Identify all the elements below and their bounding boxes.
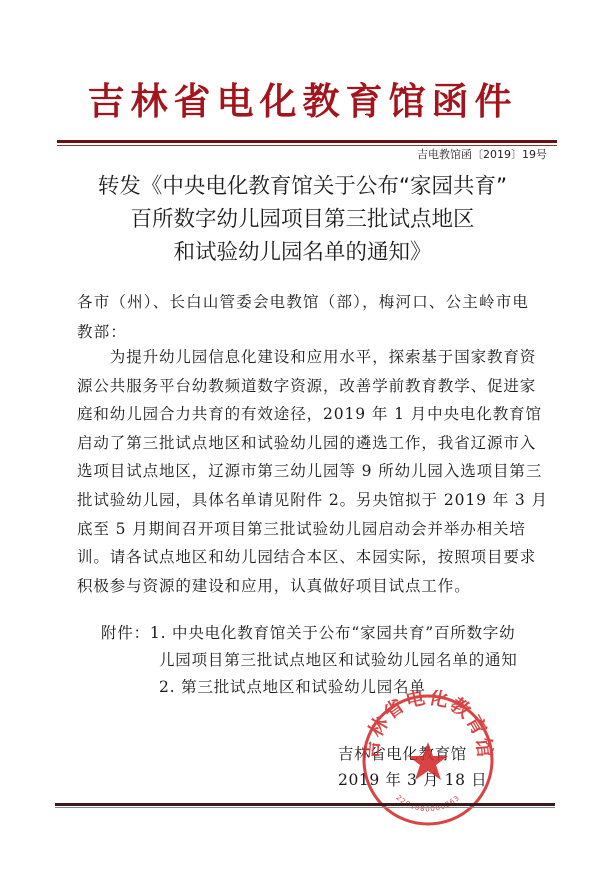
body-line: 为提升幼儿园信息化建设和应用水平，探索基于国家教育资 — [77, 343, 543, 372]
masthead-title: 吉林省电化教育馆函件 — [0, 80, 605, 124]
title-line: 和试验幼儿园名单的通知》 — [0, 236, 605, 269]
title-line: 百所数字幼儿园项目第三批试点地区 — [0, 203, 605, 236]
body-line: 启动了第三批试点地区和试验幼儿园的遴选工作，我省辽源市入 — [77, 429, 543, 458]
title-line: 转发《中央电化教育馆关于公布“家园共育” — [0, 170, 605, 203]
body-line: 源公共服务平台幼教频道数字资源，改善学前教育教学、促进家 — [77, 372, 543, 401]
body-line: 底至 5 月期间召开项目第三批试验幼儿园启动会并举办相关培 — [77, 515, 543, 544]
body-line: 庭和幼儿园合力共育的有效途径，2019 年 1 月中央电化教育馆 — [77, 400, 543, 429]
attachment-item-1-continued: 儿园项目第三批试点地区和试验幼儿园名单的通知 — [101, 647, 518, 674]
attachments-list: 附件：1. 中央电化教育馆关于公布“家园共育”百所数字幼 儿园项目第三批试点地区… — [101, 620, 518, 701]
attachments-label: 附件： — [101, 624, 150, 642]
salutation-line: 各市（州）、长白山管委会电教馆（部），梅河口、公主岭市电 — [77, 287, 547, 317]
attachment-item-1: 附件：1. 中央电化教育馆关于公布“家园共育”百所数字幼 — [101, 620, 518, 647]
salutation: 各市（州）、长白山管委会电教馆（部），梅河口、公主岭市电 教部： — [77, 287, 547, 347]
document-number: 吉电教馆函〔2019〕19号 — [417, 146, 547, 162]
body-line: 批试验幼儿园，具体名单请见附件 2。另央馆拟于 2019 年 3 月 — [77, 486, 543, 515]
body-line: 选项目试点地区，辽源市第三幼儿园等 9 所幼儿园入选项目第三 — [77, 457, 543, 486]
footer-rule — [55, 803, 555, 808]
body-line: 训。请各试点地区和幼儿园结合本区、本园实际，按照项目要求 — [77, 543, 543, 572]
body-line: 积极参与资源的建设和应用，认真做好项目试点工作。 — [77, 572, 543, 601]
document-page: 吉林省电化教育馆函件 吉电教馆函〔2019〕19号 转发《中央电化教育馆关于公布… — [0, 0, 605, 883]
body-paragraph: 为提升幼儿园信息化建设和应用水平，探索基于国家教育资 源公共服务平台幼教频道数字… — [77, 343, 543, 600]
official-seal-icon: 吉林省电化教育馆 2201080000363 — [358, 690, 498, 830]
document-title: 转发《中央电化教育馆关于公布“家园共育” 百所数字幼儿园项目第三批试点地区 和试… — [0, 170, 605, 269]
